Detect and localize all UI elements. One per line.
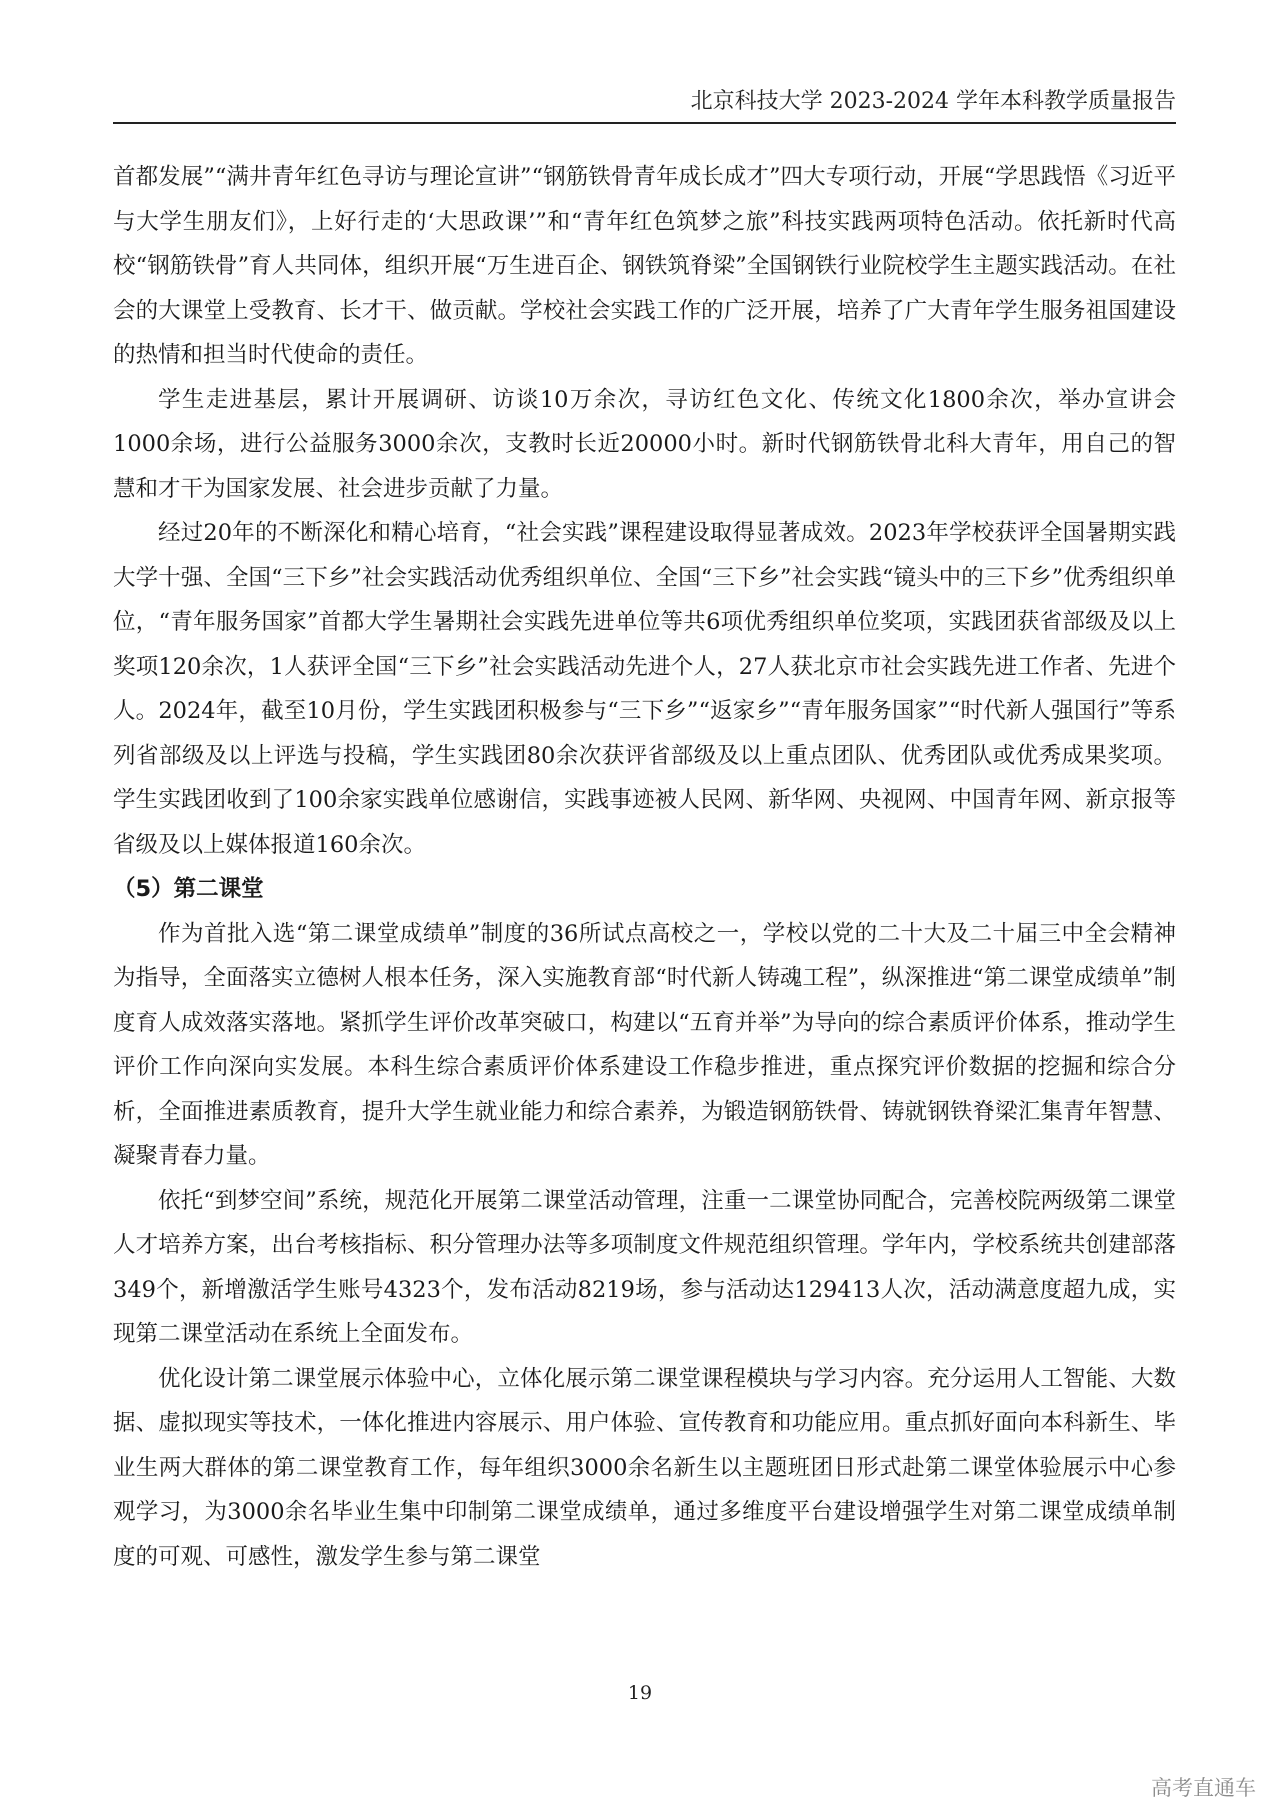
page-number: 19 xyxy=(0,1682,1280,1704)
paragraph-social-practice-achievements: 经过20年的不断深化和精心培育，“社会实践”课程建设取得显著成效。2023年学校… xyxy=(113,511,1176,867)
document-body: 首都发展”“满井青年红色寻访与理论宣讲”“钢筋铁骨青年成长成才”四大专项行动，开… xyxy=(113,155,1176,1579)
report-title: 北京科技大学 2023-2024 学年本科教学质量报告 xyxy=(691,84,1176,115)
paragraph-dream-space-system: 依托“到梦空间”系统，规范化开展第二课堂活动管理，注重一二课堂协同配合，完善校院… xyxy=(113,1179,1176,1357)
paragraph-continued: 首都发展”“满井青年红色寻访与理论宣讲”“钢筋铁骨青年成长成才”四大专项行动，开… xyxy=(113,155,1176,378)
paragraph-grassroots: 学生走进基层，累计开展调研、访谈10万余次，寻访红色文化、传统文化1800余次，… xyxy=(113,378,1176,512)
paragraph-experience-center: 优化设计第二课堂展示体验中心，立体化展示第二课堂课程模块与学习内容。充分运用人工… xyxy=(113,1357,1176,1580)
watermark: 高考直通车 xyxy=(1151,1772,1256,1802)
page-header: 北京科技大学 2023-2024 学年本科教学质量报告 xyxy=(113,84,1176,124)
header-divider xyxy=(113,122,1176,124)
paragraph-pilot-university: 作为首批入选“第二课堂成绩单”制度的36所试点高校之一，学校以党的二十大及二十届… xyxy=(113,912,1176,1179)
section-heading-second-classroom: （5）第二课堂 xyxy=(113,867,1176,912)
